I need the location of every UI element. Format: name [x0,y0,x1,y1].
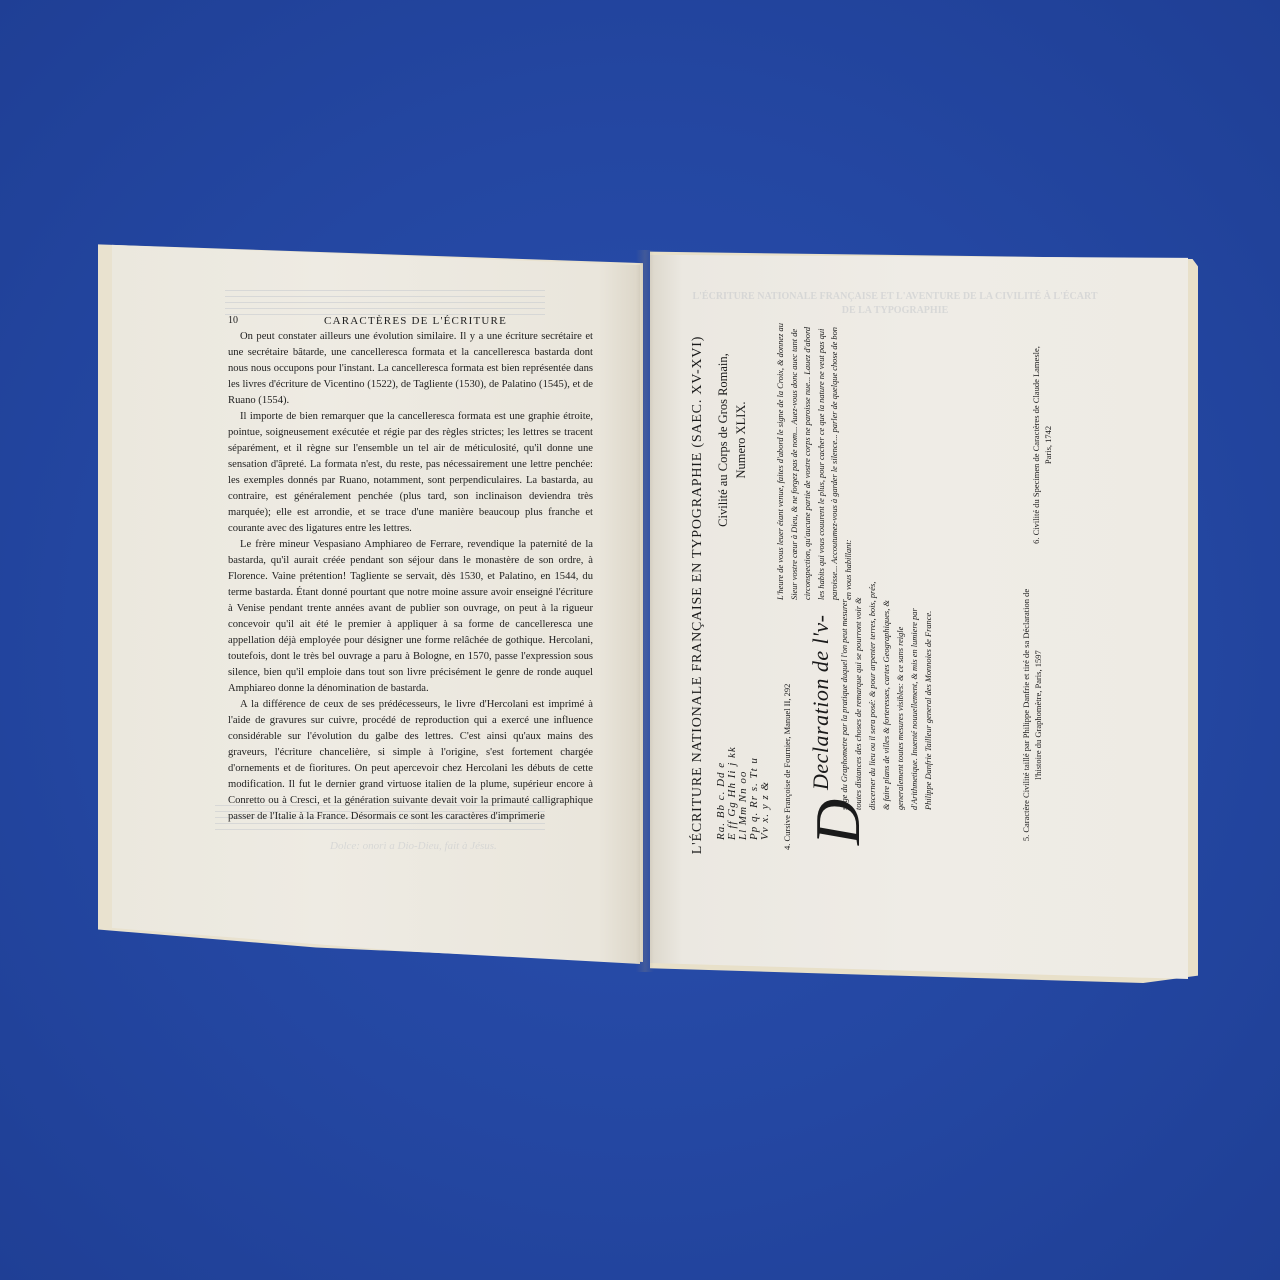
page-number: 10 [228,313,268,329]
caption-6-line2: Paris, 1742 [1042,320,1054,570]
show-through-caption: Dolce: onorì a Dio-Dieu, fait à Jésus. [330,840,497,852]
caption-6-line1: 6. Civilité du Specimen de Caractères de… [1030,320,1042,570]
open-book: Dolce: onorì a Dio-Dieu, fait à Jésus. L… [0,0,1280,1280]
caption-5: 5. Caractère Civilité taillé par Philipp… [1020,580,1044,850]
running-head: 10 CARACTÈRES DE L'ÉCRITURE [228,313,593,329]
paragraph-2: Il importe de bien remarquer que la canc… [228,409,593,537]
caption-4: 4. Cursive Françoise de Fournier, Manuel… [782,590,792,850]
danfrie-script-sample: sage du Graphometre par la pratique duqu… [838,580,936,810]
left-page-text: 10 CARACTÈRES DE L'ÉCRITURE On peut cons… [228,313,593,825]
book-gutter [636,250,654,972]
caption-6: 6. Civilité du Specimen de Caractères de… [1030,320,1054,570]
right-page-title: L'ÉCRITURE NATIONALE FRANÇAISE EN TYPOGR… [690,320,706,870]
paragraph-1: On peut constater ailleurs une évolution… [228,329,593,409]
civilite-caption: Civilité au Corps de Gros Romain, Numero… [714,320,750,560]
running-title: CARACTÈRES DE L'ÉCRITURE [324,313,507,329]
show-through-right-heading: L'ÉCRITURE NATIONALE FRANÇAISE ET L'AVEN… [690,290,1100,318]
civilite-caption-line1: Civilité au Corps de Gros Romain, [714,320,732,560]
cursive-alphabet-sample: Ra. Bb c. Dd e E ff Gg Hh Ii j kk Ll Mm … [716,590,771,840]
civilite-caption-line2: Numero XLIX. [732,320,750,560]
declaration-heading: Declaration de l'v- [808,615,834,791]
right-page-rotated-content: L'ÉCRITURE NATIONALE FRANÇAISE EN TYPOGR… [690,320,1080,870]
paragraph-3: Le frère mineur Vespasiano Amphiareo de … [228,537,593,697]
paragraph-4: A la différence de ceux de ses prédécess… [228,697,593,825]
civilite-script-sample: L'heure de vous leuer étant venue, faite… [774,320,855,600]
alphabet-line: Vv x. y z & [760,590,771,840]
